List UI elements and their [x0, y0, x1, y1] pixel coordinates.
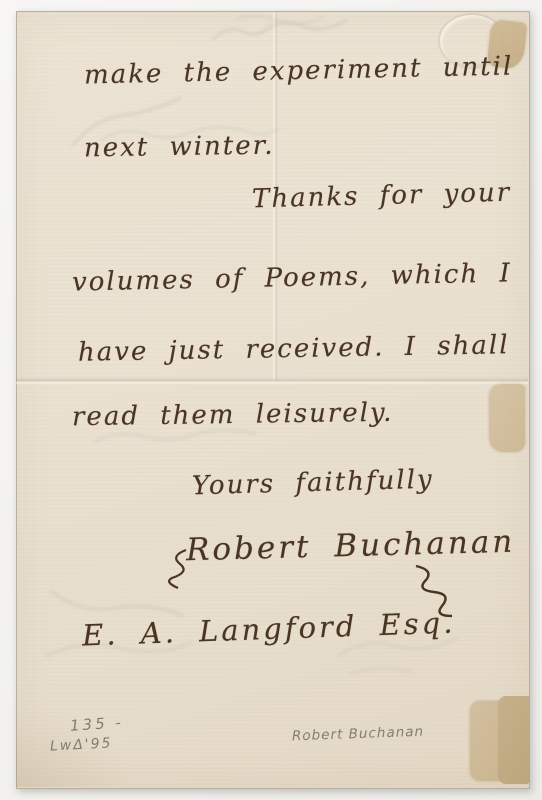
ink-bleedthrough — [205, 6, 355, 54]
fold-crease-horizontal — [16, 377, 528, 385]
scanned-letter-photo: make the experiment until next winter. T… — [0, 0, 542, 800]
tape-residue-middle-right — [489, 384, 525, 452]
pencil-code-annotation: LwΔ'95 — [50, 735, 113, 754]
letter-line-6: read them leisurely. — [72, 398, 394, 432]
letter-line-2: next winter. — [84, 131, 275, 164]
tape-residue-bottom-right-dark — [498, 696, 530, 784]
signature-flourish-left — [166, 548, 192, 594]
pencil-price-annotation: 135 - — [69, 713, 124, 735]
